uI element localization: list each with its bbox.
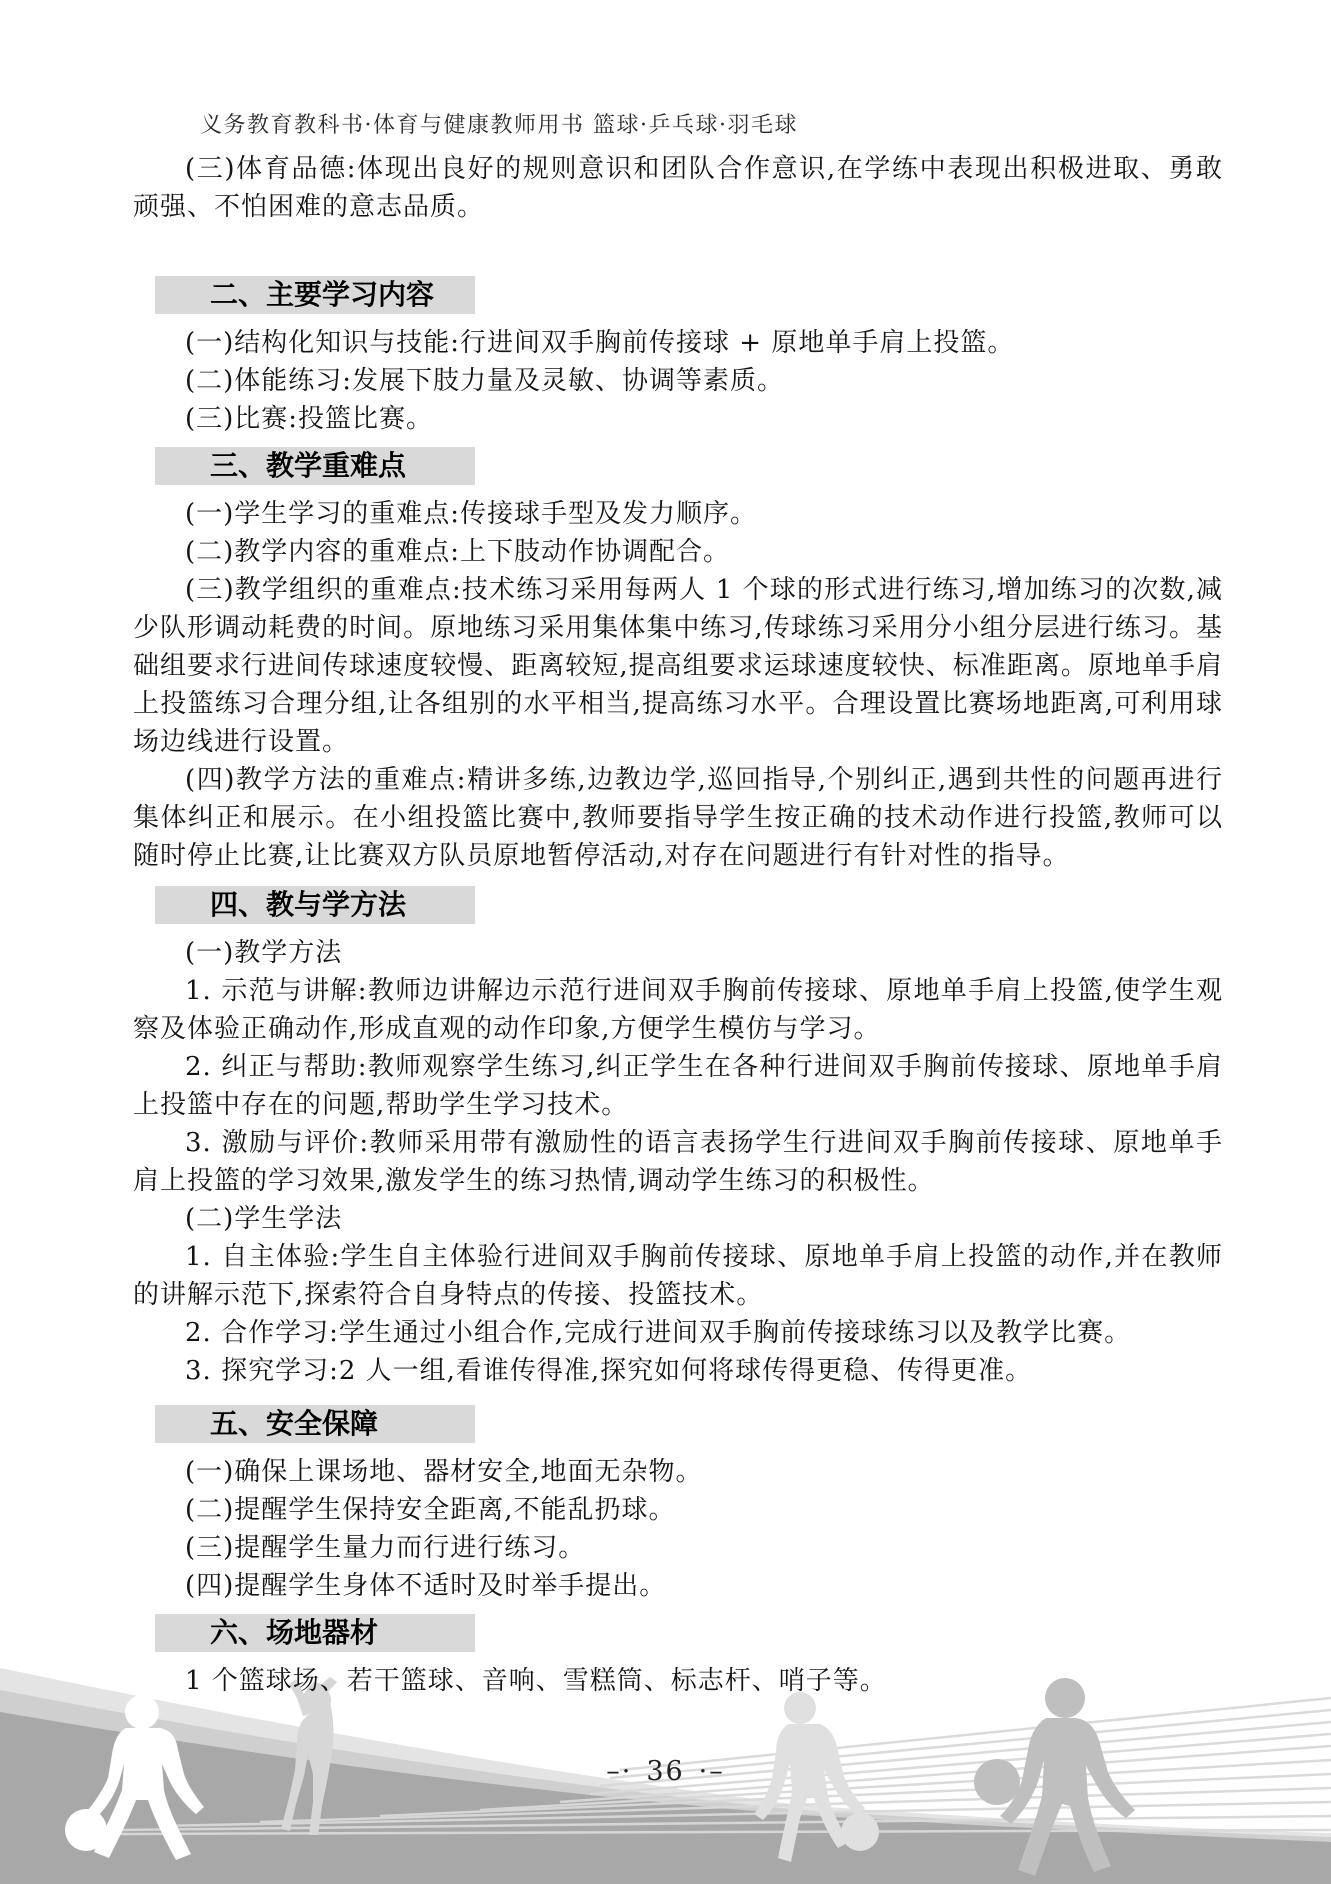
list-item: 2. 纠正与帮助:教师观察学生练习,纠正学生在各种行进间双手胸前传接球、原地单手… xyxy=(133,1048,1223,1124)
list-item: (二)教学内容的重难点:上下肢动作协调配合。 xyxy=(133,533,1223,571)
page-content: (三)体育品德:体现出良好的规则意识和团队合作意识,在学练中表现出积极进取、勇敢… xyxy=(133,150,1223,1700)
list-item: (一)结构化知识与技能:行进间双手胸前传接球 + 原地单手肩上投篮。 xyxy=(133,324,1223,362)
list-item: (一)教学方法 xyxy=(133,934,1223,972)
list-item: 2. 合作学习:学生通过小组合作,完成行进间双手胸前传接球练习以及教学比赛。 xyxy=(133,1314,1223,1352)
section-heading-teaching-methods: 四、教与学方法 xyxy=(155,886,475,924)
footer-ornament-right: ·– xyxy=(699,1756,725,1787)
list-item: (一)学生学习的重难点:传接球手型及发力顺序。 xyxy=(133,495,1223,533)
section-heading-key-difficulties: 三、教学重难点 xyxy=(155,447,475,485)
list-item: (三)比赛:投篮比赛。 xyxy=(133,400,1223,438)
list-item: (二)提醒学生保持安全距离,不能乱扔球。 xyxy=(133,1491,1223,1529)
book-page: 义务教育教科书·体育与健康教师用书 篮球·乒乓球·羽毛球 (三)体育品德:体现出… xyxy=(0,0,1331,1884)
section-heading-safety: 五、安全保障 xyxy=(155,1405,475,1443)
section-heading-label: 三、教学重难点 xyxy=(210,449,406,482)
list-item: 1. 自主体验:学生自主体验行进间双手胸前传接球、原地单手肩上投篮的动作,并在教… xyxy=(133,1238,1223,1314)
paragraph-sports-ethics: (三)体育品德:体现出良好的规则意识和团队合作意识,在学练中表现出积极进取、勇敢… xyxy=(133,150,1223,226)
running-head: 义务教育教科书·体育与健康教师用书 篮球·乒乓球·羽毛球 xyxy=(200,108,798,139)
list-item: (二)学生学法 xyxy=(133,1200,1223,1238)
list-item: (四)教学方法的重难点:精讲多练,边教边学,巡回指导,个别纠正,遇到共性的问题再… xyxy=(133,761,1223,875)
section-heading-learning-content: 二、主要学习内容 xyxy=(155,276,475,314)
page-footer: –·36·– xyxy=(0,1756,1331,1787)
list-item: 3. 激励与评价:教师采用带有激励性的语言表扬学生行进间双手胸前传接球、原地单手… xyxy=(133,1124,1223,1200)
footer-ornament-left: –· xyxy=(606,1756,632,1787)
list-item: (四)提醒学生身体不适时及时举手提出。 xyxy=(133,1567,1223,1605)
list-item: (二)体能练习:发展下肢力量及灵敏、协调等素质。 xyxy=(133,362,1223,400)
list-item: 1 个篮球场、若干篮球、音响、雪糕筒、标志杆、哨子等。 xyxy=(133,1662,1223,1700)
section-heading-label: 六、场地器材 xyxy=(210,1616,378,1649)
list-item: (三)教学组织的重难点:技术练习采用每两人 1 个球的形式进行练习,增加练习的次… xyxy=(133,571,1223,761)
list-item: (一)确保上课场地、器材安全,地面无杂物。 xyxy=(133,1453,1223,1491)
section-heading-label: 二、主要学习内容 xyxy=(210,278,434,311)
section-heading-venue-equipment: 六、场地器材 xyxy=(155,1614,475,1652)
list-item: 1. 示范与讲解:教师边讲解边示范行进间双手胸前传接球、原地单手肩上投篮,使学生… xyxy=(133,972,1223,1048)
section-heading-label: 四、教与学方法 xyxy=(210,888,406,921)
list-item: (三)提醒学生量力而行进行练习。 xyxy=(133,1529,1223,1567)
section-heading-label: 五、安全保障 xyxy=(210,1407,378,1440)
list-item: 3. 探究学习:2 人一组,看谁传得准,探究如何将球传得更稳、传得更准。 xyxy=(133,1352,1223,1390)
page-number: 36 xyxy=(646,1756,684,1787)
